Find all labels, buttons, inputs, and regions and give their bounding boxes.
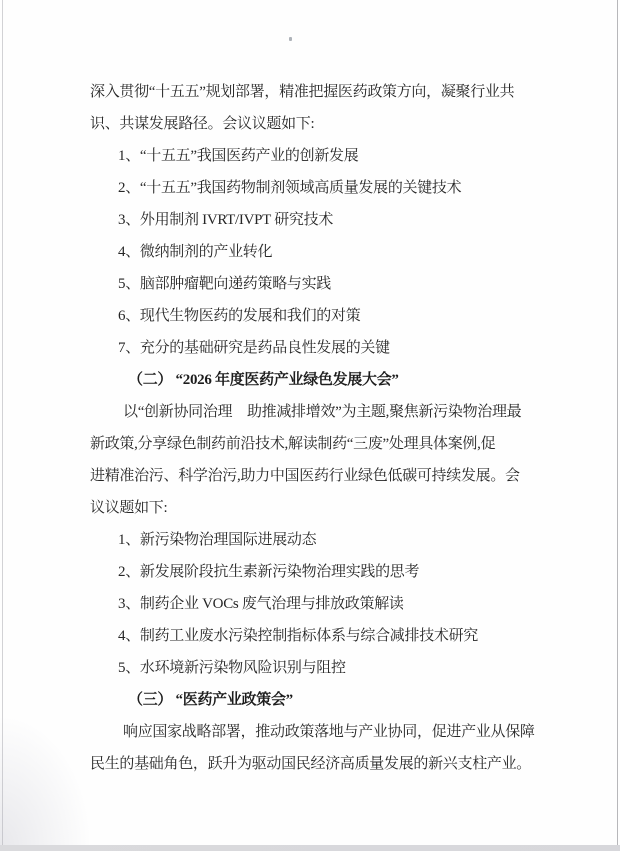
agenda-item: 5、脑部肿瘤靶向递药策略与实践 — [90, 268, 550, 300]
agenda-item: 4、微纳制剂的产业转化 — [90, 236, 550, 268]
text-line: 深入贯彻“十五五”规划部署，精准把握医药政策方向，凝聚行业共 — [90, 76, 550, 108]
agenda-item: 6、现代生物医药的发展和我们的对策 — [90, 300, 550, 332]
scan-edge-bottom — [0, 845, 620, 851]
agenda-item: 7、充分的基础研究是药品良性发展的关键 — [90, 332, 550, 364]
text-line: 识、共谋发展路径。会议议题如下: — [90, 108, 550, 140]
intro-paragraph: 深入贯彻“十五五”规划部署，精准把握医药政策方向，凝聚行业共 识、共谋发展路径。… — [90, 76, 550, 140]
text-line: 新政策,分享绿色制药前沿技术,解读制药“三废”处理具体案例,促 — [90, 428, 550, 460]
scan-shadow-bottom-left — [0, 717, 90, 847]
scanned-document-page: 深入贯彻“十五五”规划部署，精准把握医药政策方向，凝聚行业共 识、共谋发展路径。… — [0, 0, 620, 851]
section-heading-3: （三） “医药产业政策会” — [90, 684, 550, 716]
text-line: 议议题如下: — [90, 492, 550, 524]
agenda-item: 2、“十五五”我国药物制剂领域高质量发展的关键技术 — [90, 172, 550, 204]
text-line: 以“创新协同治理 助推减排增效”为主题,聚焦新污染物治理最 — [90, 396, 550, 428]
section-heading-2: （二） “2026 年度医药产业绿色发展大会” — [90, 364, 550, 396]
text-line: 响应国家战略部署，推动政策落地与产业协同，促进产业从保障 — [90, 716, 550, 748]
agenda-list-section-2: 1、新污染物治理国际进展动态 2、新发展阶段抗生素新污染物治理实践的思考 3、制… — [90, 524, 550, 684]
agenda-item: 3、制药企业 VOCs 废气治理与排放政策解读 — [90, 588, 550, 620]
scan-artifact-speck — [289, 37, 292, 41]
scan-edge-left — [2, 0, 3, 851]
agenda-item: 3、外用制剂 IVRT/IVPT 研究技术 — [90, 204, 550, 236]
agenda-item: 5、水环境新污染物风险识别与阻控 — [90, 652, 550, 684]
agenda-item: 1、新污染物治理国际进展动态 — [90, 524, 550, 556]
agenda-item: 1、“十五五”我国医药产业的创新发展 — [90, 140, 550, 172]
text-line: 民生的基础角色，跃升为驱动国民经济高质量发展的新兴支柱产业。 — [90, 748, 550, 780]
section-2-paragraph: 以“创新协同治理 助推减排增效”为主题,聚焦新污染物治理最 新政策,分享绿色制药… — [90, 396, 550, 524]
text-line: 进精准治污、科学治污,助力中国医药行业绿色低碳可持续发展。会 — [90, 460, 550, 492]
agenda-item: 2、新发展阶段抗生素新污染物治理实践的思考 — [90, 556, 550, 588]
scan-edge-right — [617, 0, 618, 851]
document-body: 深入贯彻“十五五”规划部署，精准把握医药政策方向，凝聚行业共 识、共谋发展路径。… — [90, 76, 550, 780]
section-3-paragraph: 响应国家战略部署，推动政策落地与产业协同，促进产业从保障 民生的基础角色，跃升为… — [90, 716, 550, 780]
agenda-item: 4、制药工业废水污染控制指标体系与综合减排技术研究 — [90, 620, 550, 652]
agenda-list-section-1: 1、“十五五”我国医药产业的创新发展 2、“十五五”我国药物制剂领域高质量发展的… — [90, 140, 550, 364]
